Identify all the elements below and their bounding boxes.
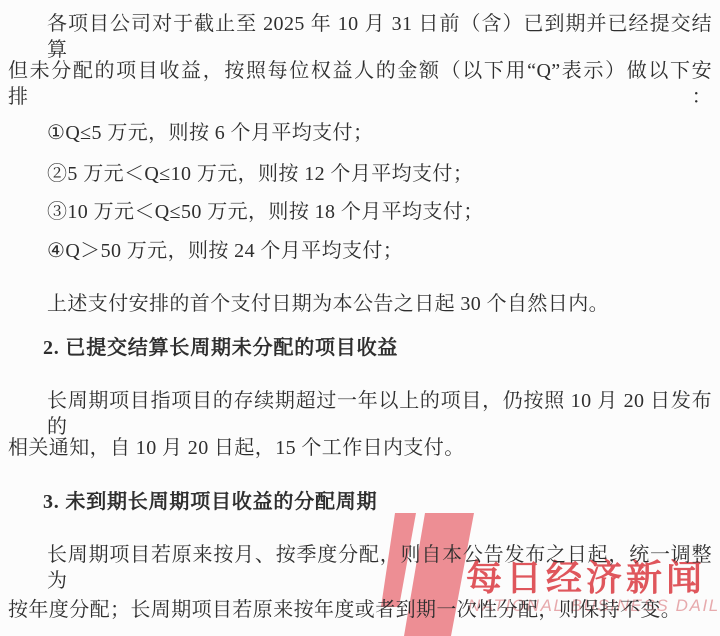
section-heading-2: 2. 已提交结算长周期未分配的项目收益 xyxy=(43,335,398,361)
paragraph-1-line-1: 各项目公司对于截止至 2025 年 10 月 31 日前（含）已到期并已经提交结… xyxy=(47,11,712,63)
paragraph-4-line-2: 按年度分配；长周期项目若原来按年度或者到期一次性分配，则保持不变。 xyxy=(8,597,681,623)
document-page: 每日经济新闻 NATIONAL BUSINESS DAILY 各项目公司对于截止… xyxy=(0,0,720,636)
list-item-3: ③10 万元＜Q≤50 万元，则按 18 个月平均支付； xyxy=(47,199,484,225)
paragraph-3-line-2: 相关通知，自 10 月 20 日起，15 个工作日内支付。 xyxy=(8,435,465,461)
paragraph-4-line-1: 长周期项目若原来按月、按季度分配，则自本公告发布之日起，统一调整为 xyxy=(47,542,712,594)
paragraph-1-line-2: 但未分配的项目收益，按照每位权益人的金额（以下用“Q”表示）做以下安排： xyxy=(8,58,712,110)
document-text: 各项目公司对于截止至 2025 年 10 月 31 日前（含）已到期并已经提交结… xyxy=(0,0,720,636)
section-heading-3: 3. 未到期长周期项目收益的分配周期 xyxy=(43,489,377,515)
list-item-4: ④Q＞50 万元，则按 24 个月平均支付； xyxy=(47,238,403,264)
list-item-1: ①Q≤5 万元，则按 6 个月平均支付； xyxy=(47,120,373,146)
list-item-2: ②5 万元＜Q≤10 万元，则按 12 个月平均支付； xyxy=(47,161,473,187)
paragraph-2: 上述支付安排的首个支付日期为本公告之日起 30 个自然日内。 xyxy=(47,291,609,317)
paragraph-3-line-1: 长周期项目指项目的存续期超过一年以上的项目，仍按照 10 月 20 日发布的 xyxy=(47,388,712,440)
